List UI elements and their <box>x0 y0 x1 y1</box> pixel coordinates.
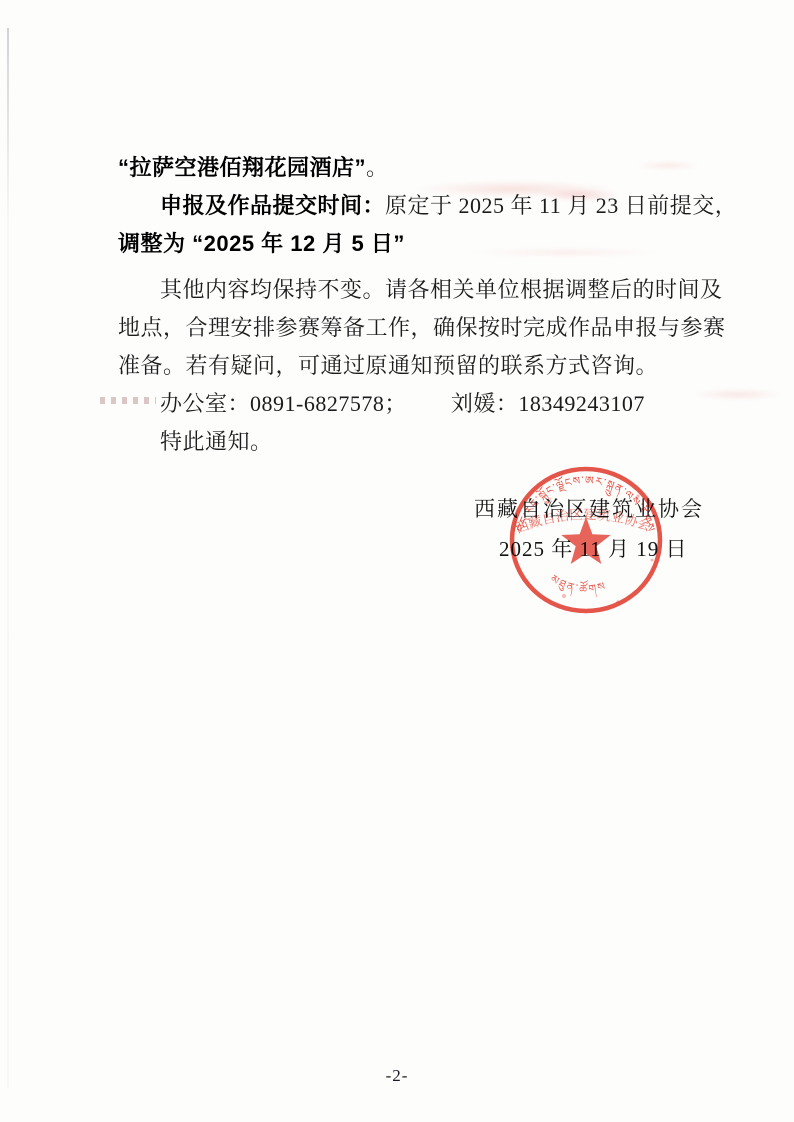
line-deadline-2: 调整为 “2025 年 12 月 5 日” <box>118 225 710 263</box>
document-page: “拉萨空港佰翔花园酒店”。 申报及作品提交时间：原定于 2025 年 11 月 … <box>0 0 794 1122</box>
star-icon <box>561 517 610 564</box>
hotel-name-bold: “拉萨空港佰翔花园酒店” <box>118 155 366 180</box>
line-deadline-1: 申报及作品提交时间：原定于 2025 年 11 月 23 日前提交， <box>118 187 710 225</box>
line-hotel: “拉萨空港佰翔花园酒店”。 <box>118 149 710 187</box>
line-contacts: 办公室：0891-6827578；刘媛：18349243107 <box>118 385 710 423</box>
deadline-label-bold: 申报及作品提交时间： <box>160 193 385 218</box>
scan-edge-line <box>7 28 9 1088</box>
seal-tibetan-bottom-text: མཐུན་ཚོགས <box>548 572 609 599</box>
line-para3-1: 其他内容均保持不变。请各相关单位根据调整后的时间及 <box>118 271 710 309</box>
deadline-adjusted-bold: 调整为 “2025 年 12 月 5 日” <box>118 231 405 256</box>
para3-text-3: 准备。若有疑问，可通过原通知预留的联系方式咨询。 <box>118 353 658 378</box>
line-para3-2: 地点，合理安排参赛筹备工作，确保按时完成作品申报与参赛 <box>118 309 710 347</box>
page-number: -2- <box>0 1066 794 1086</box>
deadline-original-text: 原定于 2025 年 11 月 23 日前提交， <box>385 193 737 218</box>
line-closing: 特此通知。 <box>118 423 710 461</box>
line-para3-3: 准备。若有疑问，可通过原通知预留的联系方式咨询。 <box>118 347 710 385</box>
hotel-name-period: 。 <box>366 155 389 180</box>
para3-text-1: 其他内容均保持不变。请各相关单位根据调整后的时间及 <box>160 277 723 302</box>
contact-person: 刘媛：18349243107 <box>451 391 645 416</box>
notice-body: “拉萨空港佰翔花园酒店”。 申报及作品提交时间：原定于 2025 年 11 月 … <box>118 149 710 461</box>
contact-office: 办公室：0891-6827578； <box>160 391 407 416</box>
closing-text: 特此通知。 <box>160 429 273 454</box>
para3-text-2: 地点，合理安排参赛筹备工作，确保按时完成作品申报与参赛 <box>118 315 726 340</box>
official-seal: བོད་རང་སྐྱོང་ལྗོངས་ཨར་སྐྲུན་ལས་རིགས 西藏自治… <box>506 464 666 616</box>
